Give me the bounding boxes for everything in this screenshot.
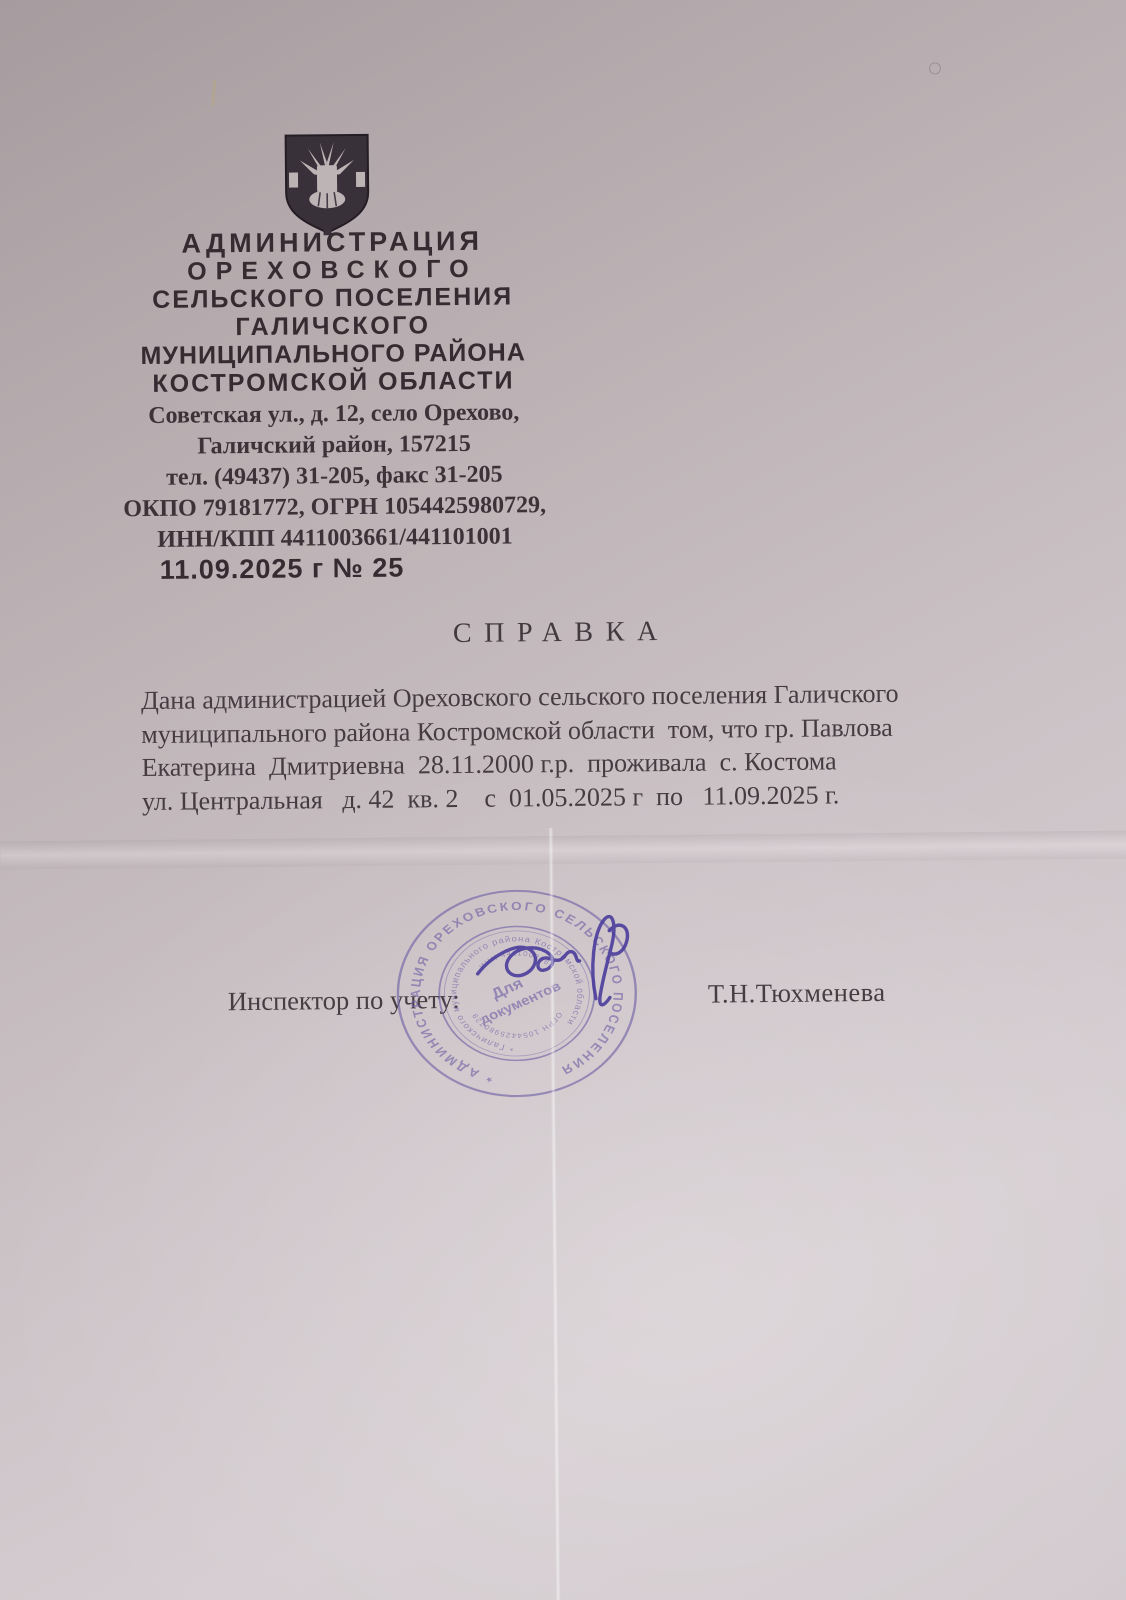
- letterhead-org-name: АДМИНИСТРАЦИЯ ОРЕХОВСКОГО СЕЛЬСКОГО ПОСЕ…: [80, 226, 587, 399]
- document-title: СПРАВКА: [0, 612, 1125, 655]
- address-line: Галичский район, 157215: [81, 428, 586, 464]
- signer-name: Т.Н.Тюхменева: [708, 977, 886, 1010]
- paper-fold-horizontal: [0, 831, 1126, 870]
- paper-streak: [211, 79, 216, 106]
- org-line: КОСТРОМСКОЙ ОБЛАСТИ: [81, 366, 586, 399]
- reg-line: ИНН/КПП 4411003661/441101001: [82, 521, 587, 557]
- date-and-number: 11.09.2025 г № 25: [160, 553, 405, 586]
- reg-line: ОКПО 79181772, ОГРН 1054425980729,: [82, 490, 587, 526]
- signature-scribble: [471, 902, 644, 1032]
- document-photo: АДМИНИСТРАЦИЯ ОРЕХОВСКОГО СЕЛЬСКОГО ПОСЕ…: [0, 0, 1126, 1600]
- paper-speck: [929, 62, 941, 74]
- letterhead-contacts: Советская ул., д. 12, село Орехово, Гали…: [81, 397, 587, 557]
- phone-line: тел. (49437) 31-205, факс 31-205: [82, 459, 587, 495]
- certificate-body: Дана администрацией Ореховского сельског…: [141, 676, 972, 818]
- org-line: СЕЛЬСКОГО ПОСЕЛЕНИЯ: [80, 282, 585, 315]
- address-line: Советская ул., д. 12, село Орехово,: [81, 397, 586, 433]
- coat-of-arms-icon: [280, 132, 375, 237]
- certificate-page: АДМИНИСТРАЦИЯ ОРЕХОВСКОГО СЕЛЬСКОГО ПОСЕ…: [0, 0, 1126, 1600]
